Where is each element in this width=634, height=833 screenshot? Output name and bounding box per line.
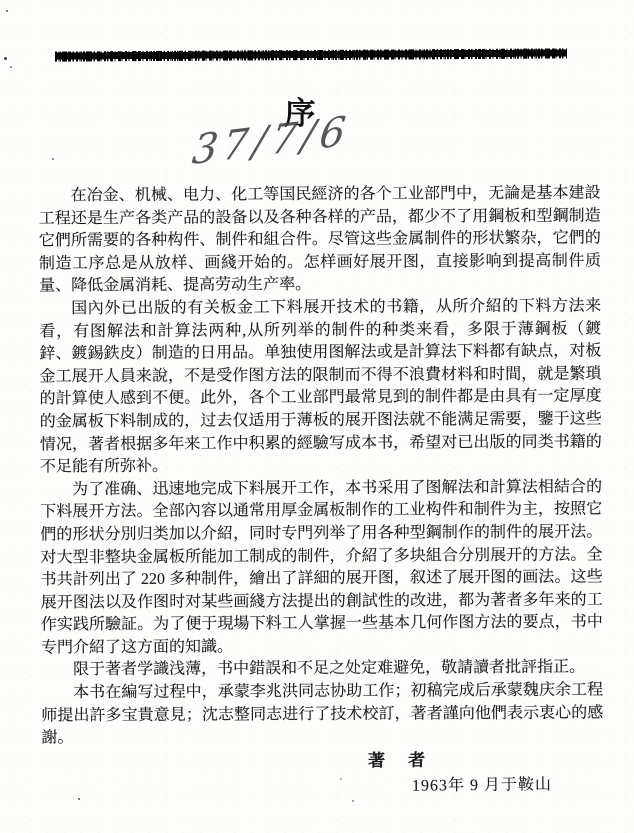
scan-speck: [78, 798, 80, 800]
paragraph-2: 国內外已出版的有关板金工下料展开技术的书籍，从所介紹的下料方法来看，有图解法和計…: [39, 295, 602, 479]
scan-speck: [352, 800, 354, 802]
author-signature: 著 者: [368, 746, 428, 772]
scan-speck: [340, 778, 342, 780]
scan-speck: [52, 158, 54, 160]
paragraph-4: 限于著者学識浅薄，书中錯誤和不足之处定难避免，敬請讀者批評指正。: [41, 657, 603, 683]
date-place-line: 1963年 9 月于鞍山: [412, 771, 552, 795]
scan-speck: [10, 66, 12, 68]
scan-speck: [6, 10, 8, 12]
preface-body: 在冶金、机械、电力、化工等国民經济的各个工业部門中，无論是基本建設工程还是生产各…: [39, 183, 604, 751]
scan-noise-band: [55, 48, 567, 61]
scan-speck: [4, 57, 7, 60]
scanned-book-page: 序 37/7/6 在冶金、机械、电力、化工等国民經济的各个工业部門中，无論是基本…: [0, 0, 634, 833]
paragraph-5: 本书在編写过程中，承蒙李兆洪同志协助工作；初稿完成后承蒙魏庆余工程师提出許多宝貴…: [41, 680, 603, 751]
paragraph-3: 为了准确、迅速地完成下料展开工作，本书采用了图解法和計算法相結合的下料展开方法。…: [40, 476, 603, 660]
paragraph-1: 在冶金、机械、电力、化工等国民經济的各个工业部門中，无論是基本建設工程还是生产各…: [39, 183, 602, 299]
